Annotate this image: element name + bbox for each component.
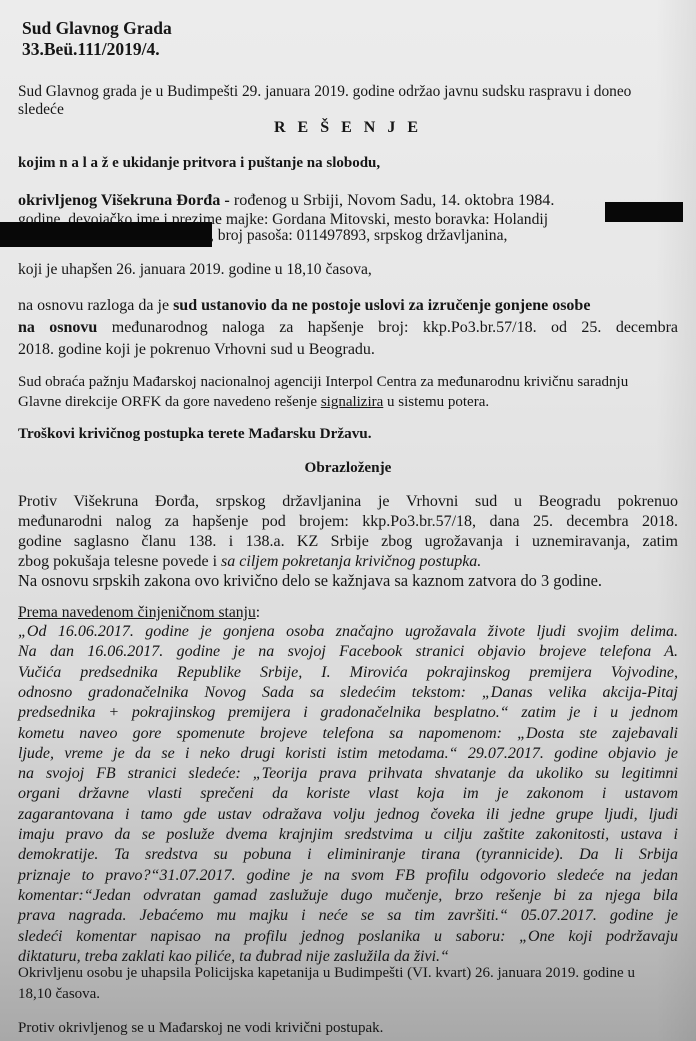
accused-name: okrivljenog Višekruna Đorđa - [18,191,230,209]
facts-heading: Prema navedenom činjeničnom stanju: [18,603,260,623]
reasoning-p1-line: Protiv Višekruna Đorđa, srpskog državlja… [18,492,678,512]
reason-line-1: na osnovu razloga da je sud ustanovio da… [18,296,590,316]
no-proceedings-statement: Protiv okrivljenog se u Mađarskoj ne vod… [18,1018,383,1038]
facts-quote-line: na svojoj FB stranici sledeće: „Teorija … [18,764,678,784]
facts-quote-line: kometu naveo gore spomenute brojeve tele… [18,724,678,744]
scanned-court-document: Sud Glavnog Grada 33.Beü.111/2019/4. Sud… [0,0,696,1041]
accused-line-1: okrivljenog Višekruna Đorđa - rođenog u … [18,190,554,210]
interpol-line-1: Sud obraća pažnju Mađarskoj nacionalnoj … [18,372,628,392]
reason-line-3: 2018. godine koji je pokrenuo Vrhovni su… [18,340,375,360]
reasoning-italic: sa ciljem pokretanja krivičnog postupka. [221,553,481,570]
facts-quote-line: zagarantovana i tamo gde ustav odražava … [18,805,678,825]
underlined-term: signalizira [321,394,383,410]
costs-statement: Troškovi krivičnog postupka terete Mađar… [18,424,372,444]
arrest-statement: koji je uhapšen 26. januara 2019. godine… [18,260,372,280]
reason-bold: na osnovu [18,319,97,336]
colon: : [256,604,260,621]
intro-line-2: sledeće [18,100,64,120]
facts-quote-line: „Od 16.06.2017. godine je gonjena osoba … [18,622,678,642]
reasoning-p1-line: godine saglasno članu 138. i 138.a. KZ S… [18,532,678,552]
facts-quote-line: demokratije. Ta sredstva su pobuna i eli… [18,845,678,865]
facts-quote-line: komentar:“Jedan odvratan gamad zaslužuje… [18,886,678,906]
reasoning-p1-line: međunarodni nalog za hapšenje pod brojem… [18,512,678,532]
facts-quote-line: imaju pravo da se posluže dvema krajnjim… [18,825,678,845]
facts-quote-line: Na dan 16.06.2017. godine je na svojoj F… [18,642,678,662]
case-number: 33.Beü.111/2019/4. [22,39,160,59]
facts-quote-line: priznaje to pravo?“31.07.2017. godine je… [18,866,678,886]
facts-quote-line: organi državne vlasti sprečeni da korist… [18,784,678,804]
facts-quote-line: sledeći komentar napisao na profilu jedn… [18,927,678,947]
document-title: R E Š E N J E [0,118,696,138]
facts-heading-text: Prema navedenom činjeničnom stanju [18,604,256,621]
reason-text: međunarodnog naloga za hapšenje broj: kk… [97,319,678,336]
reason-bold: sud ustanovio da ne postoje uslovi za iz… [173,297,590,314]
reasoning-p1-line: zbog pokušaja telesne povede i sa ciljem… [18,552,481,572]
reasoning-heading: Obrazloženje [0,458,696,478]
interpol-text: u sistemu potera. [383,394,489,410]
facts-quote-line: ljude, vreme je da se i neko drugi koris… [18,744,678,764]
redaction-bar [0,222,212,247]
facts-quote-line: prava nagrada. Jebaćemo mu majku i neće … [18,906,678,926]
facts-quote-line: Vučića predsednika Republike Srbije, I. … [18,663,678,683]
interpol-line-2: Glavne direkcije ORFK da gore navedeno r… [18,392,489,412]
court-name: Sud Glavnog Grada [22,18,172,38]
facts-quote-line: predsednika + pokrajinskog premijera i g… [18,703,678,723]
redaction-bar [605,202,683,222]
arrest-detail-line-1: Okrivljenu osobu je uhapsila Policijska … [18,963,635,983]
ruling-lead: kojim n a l a ž e ukidanje pritvora i pu… [18,153,380,173]
penalty-statement: Na osnovu srpskih zakona ovo krivično de… [18,571,602,591]
arrest-detail-line-2: 18,10 časova. [18,984,100,1004]
accused-birth: rođenog u Srbiji, Novom Sadu, 14. oktobr… [230,191,555,209]
facts-quote-line: odnosno gradonačelnika Novog Sada sa sle… [18,683,678,703]
reasoning-text: zbog pokušaja telesne povede i [18,553,221,570]
reason-text: na osnovu razloga da je [18,297,173,314]
intro-line-1: Sud Glavnog grada je u Budimpešti 29. ja… [18,82,631,102]
reason-line-2: na osnovu međunarodnog naloga za hapšenj… [18,318,678,338]
interpol-text: Glavne direkcije ORFK da gore navedeno r… [18,394,321,410]
accused-line-3: , broj pasoša: 011497893, srpskog državl… [210,226,507,246]
